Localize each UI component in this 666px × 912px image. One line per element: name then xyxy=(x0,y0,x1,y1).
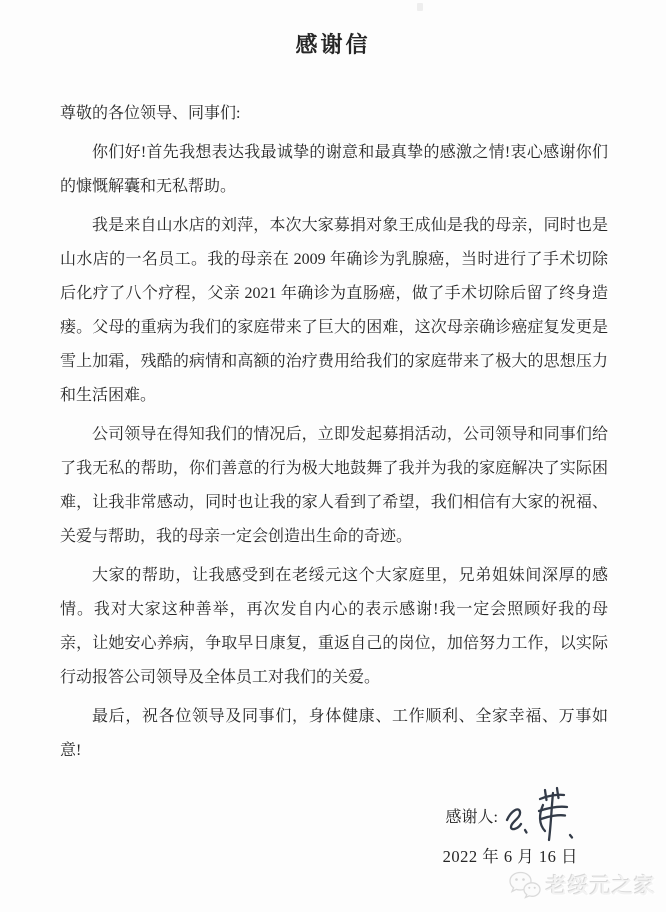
scan-artifact xyxy=(417,3,423,11)
salutation: 尊敬的各位领导、同事们: xyxy=(60,97,608,131)
letter-title: 感谢信 xyxy=(0,0,666,58)
watermark-text: 老绥元之家 xyxy=(546,870,656,900)
paragraph-family-situation: 我是来自山水店的刘萍，本次大家募捐对象王成仙是我的母亲，同时也是山水店的一名员工… xyxy=(60,209,608,413)
signature-block: 感谢人: xyxy=(60,798,582,874)
paragraph-company-help: 公司领导在得知我们的情况后，立即发起募捐活动，公司领导和同事们给了我无私的帮助，… xyxy=(60,418,608,554)
paragraph-gratitude: 大家的帮助，让我感受到在老绥元这个大家庭里，兄弟姐妹间深厚的感情。我对大家这种善… xyxy=(60,559,608,695)
paragraph-greeting: 你们好!首先我想表达我最诚挚的谢意和最真挚的感激之情!衷心感谢你们的慷慨解囊和无… xyxy=(60,136,608,204)
letter-page: 感谢信 尊敬的各位领导、同事们: 你们好!首先我想表达我最诚挚的谢意和最真挚的感… xyxy=(0,0,666,912)
signature-label: 感谢人: xyxy=(446,800,498,836)
wechat-icon xyxy=(507,870,543,900)
letter-date: 2022 年 6 月 16 日 xyxy=(60,840,578,874)
handwritten-signature xyxy=(500,786,586,846)
watermark: 老绥元之家 xyxy=(507,870,656,900)
letter-body: 尊敬的各位领导、同事们: 你们好!首先我想表达我最诚挚的谢意和最真挚的感激之情!… xyxy=(0,97,666,874)
paragraph-wishes: 最后，祝各位领导及同事们，身体健康、工作顺利、全家幸福、万事如意! xyxy=(60,700,608,768)
signature-line: 感谢人: xyxy=(60,798,582,838)
